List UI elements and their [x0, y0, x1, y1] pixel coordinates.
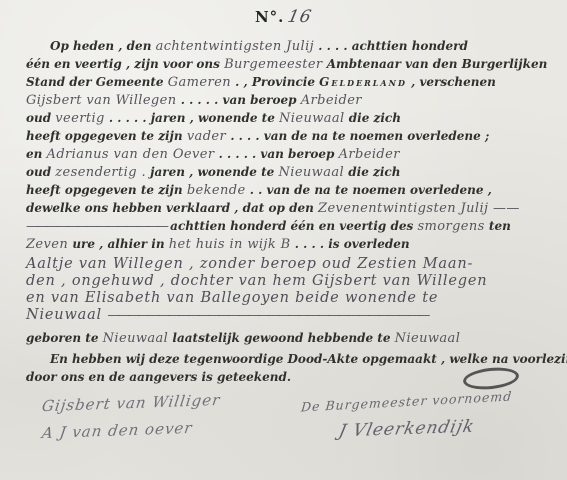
signature-declarant-1: Gijsbert van Williger	[41, 391, 222, 415]
official-signature-area: De Burgemeester voornoemd J Vleerkendijk	[301, 394, 512, 448]
burgemeester-title: De Burgemeester voornoemd	[300, 388, 512, 414]
handwritten-entry: het huis in wijk B	[169, 237, 291, 252]
record-number: N°.16	[0, 0, 567, 31]
printed-text: . . . . . van beroep	[214, 147, 338, 161]
printed-text: . . . . van de na te noemen overledene ;	[226, 129, 489, 143]
record-number-value: 16	[286, 7, 314, 27]
handwritten-entry: Arbeider	[339, 147, 400, 162]
doc-line: En hebben wij deze tegenwoordige Dood-Ak…	[26, 350, 549, 368]
doc-line-handwritten: den , ongehuwd , dochter van hem Gijsber…	[26, 273, 549, 290]
handwritten-entry: Zeven	[26, 237, 68, 252]
handwritten-entry: Gijsbert van Willegen	[26, 93, 177, 108]
handwritten-entry: Nieuwaal	[26, 307, 107, 323]
doc-line-handwritten: Aaltje van Willegen , zonder beroep oud …	[26, 256, 549, 273]
handwritten-entry: den , ongehuwd , dochter van hem Gijsber…	[26, 273, 487, 289]
handwritten-entry: Burgemeester	[224, 57, 322, 72]
printed-text: . , Provincie	[231, 75, 319, 89]
doc-line: één en veertig , zijn voor ons Burgemees…	[26, 55, 549, 73]
printed-text: heeft opgegeven te zijn	[26, 129, 187, 143]
record-number-label: N°.	[255, 8, 284, 26]
handwritten-entry: Nieuwaal	[395, 331, 461, 346]
printed-text: Op heden , den	[50, 39, 156, 53]
doc-line-handwritten: en van Elisabeth van Ballegoyen beide wo…	[26, 290, 549, 307]
doc-line: dewelke ons hebben verklaard , dat op de…	[26, 199, 549, 217]
printed-text: heeft opgegeven te zijn	[26, 183, 187, 197]
printed-text: En hebben wij deze tegenwoordige Dood-Ak…	[50, 352, 567, 366]
doc-line: geboren te Nieuwaal laatstelijk gewoond …	[26, 329, 549, 347]
printed-text: laatstelijk gewoond hebbende te	[168, 331, 394, 345]
handwritten-dash-rule: ————————————————————————————————	[107, 308, 427, 323]
signature-declarant-2: A J van den oever	[41, 418, 222, 442]
handwritten-entry: Zevenentwintigsten Julij ——	[318, 201, 520, 216]
printed-text: één en veertig , zijn voor ons	[26, 57, 224, 71]
handwritten-entry: bekende	[187, 183, 246, 198]
printed-text: dewelke ons hebben verklaard , dat op de…	[26, 201, 318, 215]
printed-text: . . van de na te noemen overledene ,	[246, 183, 492, 197]
doc-line: Stand der Gemeente Gameren . , Provincie…	[26, 73, 549, 91]
printed-text: oud	[26, 111, 55, 125]
doc-line: oud zesendertig . jaren , wonende te Nie…	[26, 163, 549, 181]
printed-text-smallcaps: Gelderland	[319, 75, 407, 89]
printed-text: ten	[485, 219, 511, 233]
death-record-page: N°.16 Op heden , den achtentwintigsten J…	[0, 0, 567, 480]
printed-text: . . . . achttien honderd	[314, 39, 468, 53]
printed-text: jaren , wonende te	[146, 165, 279, 179]
printed-text: door ons en de aangevers is geteekend.	[26, 370, 291, 384]
handwritten-entry: Gameren	[168, 75, 231, 90]
printed-text: . . . . . jaren , wonende te	[105, 111, 279, 125]
printed-text: die zich	[345, 111, 401, 125]
printed-text: . . . . . van beroep	[177, 93, 301, 107]
doc-line: Op heden , den achtentwintigsten Julij .…	[26, 37, 549, 55]
handwritten-entry: vader	[187, 129, 226, 144]
printed-text: . . . . is overleden	[291, 237, 410, 251]
printed-text: achttien honderd één en veertig des	[166, 219, 417, 233]
handwritten-entry: Nieuwaal	[279, 111, 345, 126]
handwritten-entry: zesendertig .	[55, 165, 146, 180]
printed-text: geboren te	[26, 331, 103, 345]
printed-text: Stand der Gemeente	[26, 75, 168, 89]
doc-line: —————————————— achttien honderd één en v…	[26, 217, 549, 235]
printed-text: oud	[26, 165, 55, 179]
signature-block: Gijsbert van Williger A J van den oever …	[0, 386, 567, 448]
declarant-signatures: Gijsbert van Williger A J van den oever	[42, 394, 220, 448]
handwritten-dash-rule: ——————————————	[26, 219, 166, 234]
printed-text: die zich	[344, 165, 400, 179]
printed-text: en	[26, 147, 47, 161]
handwritten-entry: Aaltje van Willegen , zonder beroep oud …	[26, 256, 473, 272]
doc-line: heeft opgegeven te zijn bekende . . van …	[26, 181, 549, 199]
printed-text: , verschenen	[407, 75, 496, 89]
printed-text: ure , alhier in	[68, 237, 169, 251]
handwritten-entry: achtentwintigsten Julij	[156, 39, 315, 54]
handwritten-entry: Nieuwaal	[103, 331, 169, 346]
handwritten-entry: Nieuwaal	[278, 165, 344, 180]
handwritten-entry: Adrianus van den Oever	[47, 147, 215, 162]
record-body: Op heden , den achtentwintigsten Julij .…	[0, 31, 567, 386]
doc-line: en Adrianus van den Oever . . . . . van …	[26, 145, 549, 163]
handwritten-entry: en van Elisabeth van Ballegoyen beide wo…	[26, 290, 438, 306]
printed-text: Ambtenaar van den Burgerlijken	[323, 57, 548, 71]
doc-line-handwritten: Nieuwaal ———————————————————————————————…	[26, 307, 549, 324]
handwritten-entry: smorgens	[417, 219, 484, 234]
doc-line: Zeven ure , alhier in het huis in wijk B…	[26, 235, 549, 253]
doc-line: Gijsbert van Willegen . . . . . van bero…	[26, 91, 549, 109]
doc-line: oud veertig . . . . . jaren , wonende te…	[26, 109, 549, 127]
doc-line: heeft opgegeven te zijn vader . . . . va…	[26, 127, 549, 145]
handwritten-entry: Arbeider	[301, 93, 362, 108]
signature-burgemeester: J Vleerkendijk	[299, 415, 515, 443]
handwritten-entry: veertig	[55, 111, 104, 126]
